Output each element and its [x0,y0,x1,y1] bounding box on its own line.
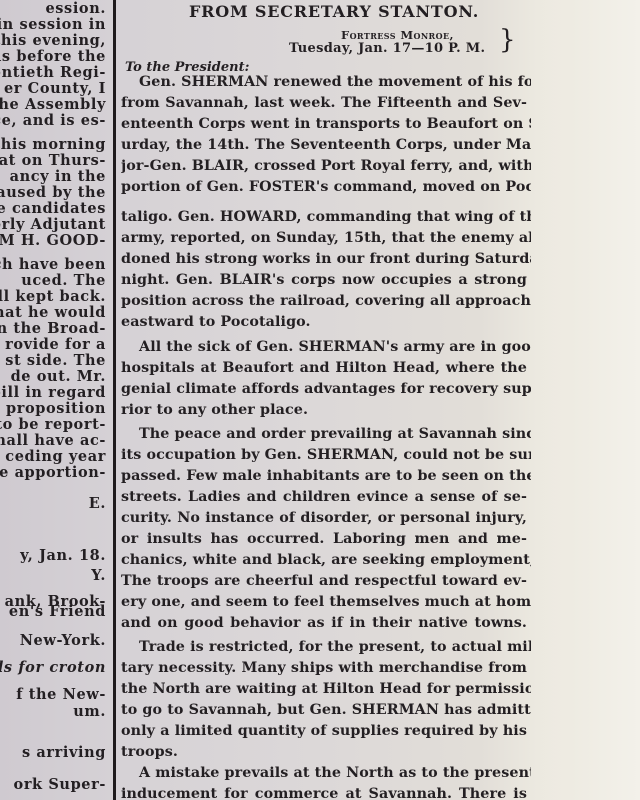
left-column-line: in session in [0,17,106,33]
article-line: A mistake prevails at the North as to th… [121,763,531,783]
article-line: genial climate affords advantages for re… [121,379,531,399]
article-line: curity. No instance of disorder, or pers… [121,508,527,528]
left-column-line: st side. The [5,353,106,369]
left-column-line: s arriving [22,745,106,761]
left-column-line: the Assembly [0,97,106,113]
headline: FROM SECRETARY STANTON. [189,2,479,21]
left-column-line: this morning [0,137,106,153]
left-column-line: aused by the [0,185,106,201]
article-line: only a limited quantity of supplies requ… [121,721,527,741]
left-column-line: to be report- [0,417,106,433]
article-line: passed. Few male inhabitants are to be s… [121,466,531,486]
article-line: All the sick of Gen. SHERMAN's army are … [121,337,531,357]
left-column-line: y, Jan. 18. [20,548,106,564]
right-column-edge [531,0,545,800]
left-column-line: nall have ac- [0,433,106,449]
left-column-line: erly Adjutant [0,217,106,233]
left-column-line: uced. The [21,273,106,289]
dateline-place: Fortress Monroe, [341,28,454,42]
left-column-line: er County, I [4,81,106,97]
article-line: the North are waiting at Hilton Head for… [121,679,531,699]
left-column-line: AM H. GOOD- [0,233,106,249]
left-column-line: ce, and is es- [0,113,106,129]
article-line: to go to Savannah, but Gen. SHERMAN has … [121,700,531,720]
article-line: ery one, and seem to feel themselves muc… [121,592,531,612]
article-line: and on good behavior as if in their nati… [121,613,527,633]
article-line: eastward to Pocotaligo. [121,312,311,332]
page-edge [540,0,640,800]
article-line: rior to any other place. [121,400,308,420]
dateline-time: Tuesday, Jan. 17—10 P. M. [289,41,485,56]
left-column-line: proposition [6,401,106,417]
article-line: enteenth Corps went in transports to Bea… [121,114,531,134]
left-column-line: ch have been [0,257,106,273]
left-column-line: ceding year [5,449,106,465]
article-line: portion of Gen. FOSTER's command, moved … [121,177,531,197]
article-line: or insults has occurred. Laboring men an… [121,529,527,549]
left-column-line: ill kept back. [0,289,106,305]
article-line: urday, the 14th. The Seventeenth Corps, … [121,135,531,155]
left-column-line: f the New- [16,687,106,703]
article-line: army, reported, on Sunday, 15th, that th… [121,228,531,248]
article-line: The peace and order prevailing at Savann… [121,424,531,444]
article-line: chanics, white and black, are seeking em… [121,550,531,570]
left-column-line: e apportion- [0,465,106,481]
article-line: taligo. Gen. HOWARD, commanding that win… [121,207,531,227]
dateline-brace: } [499,27,516,53]
left-column-line: en's Friend [9,604,106,620]
left-column-line: ork Super- [14,777,106,793]
left-column-line: ls for croton [0,660,106,676]
left-column-line: um. [73,704,106,720]
column-rule [113,0,116,800]
article-line: its occupation by Gen. SHERMAN, could no… [121,445,531,465]
left-column-line: as before the [0,49,106,65]
left-column-line: hat he would [0,305,106,321]
left-column-line: ession. [45,1,106,17]
article-line: streets. Ladies and children evince a se… [121,487,527,507]
left-column-line: de out. Mr. [11,369,106,385]
left-column-line: E. [89,496,106,512]
article-column: FROM SECRETARY STANTON. Fortress Monroe,… [121,0,531,800]
left-column-line: Y. [91,568,106,584]
article-line: tary necessity. Many ships with merchand… [121,658,527,678]
left-column-line: n the Broad- [0,321,106,337]
article-line: Trade is restricted, for the present, to… [121,637,531,657]
left-column-line: ancy in the [10,169,106,185]
left-column-line: eventieth Regi- [0,65,106,81]
left-column-line: New-York. [20,633,106,649]
article-line: Gen. SHERMAN renewed the movement of his… [121,72,531,92]
article-line: jor-Gen. BLAIR, crossed Port Royal ferry… [121,156,531,176]
article-line: night. Gen. BLAIR's corps now occupies a… [121,270,527,290]
article-line: inducement for commerce at Savannah. The… [121,784,527,800]
article-line: from Savannah, last week. The Fifteenth … [121,93,527,113]
article-line: troops. [121,742,178,762]
left-column-line: r this evening, [0,33,106,49]
left-column-line: e candidates [0,201,106,217]
left-column-text: ession.in session inr this evening,as be… [0,0,112,800]
left-column-line: at on Thurs- [0,153,106,169]
left-column-line: bill in regard [0,385,106,401]
article-line: position across the railroad, covering a… [121,291,531,311]
article-line: hospitals at Beaufort and Hilton Head, w… [121,358,527,378]
article-line: The troops are cheerful and respectful t… [121,571,527,591]
left-column-line: rovide for a [5,337,106,353]
article-line: doned his strong works in our front duri… [121,249,531,269]
